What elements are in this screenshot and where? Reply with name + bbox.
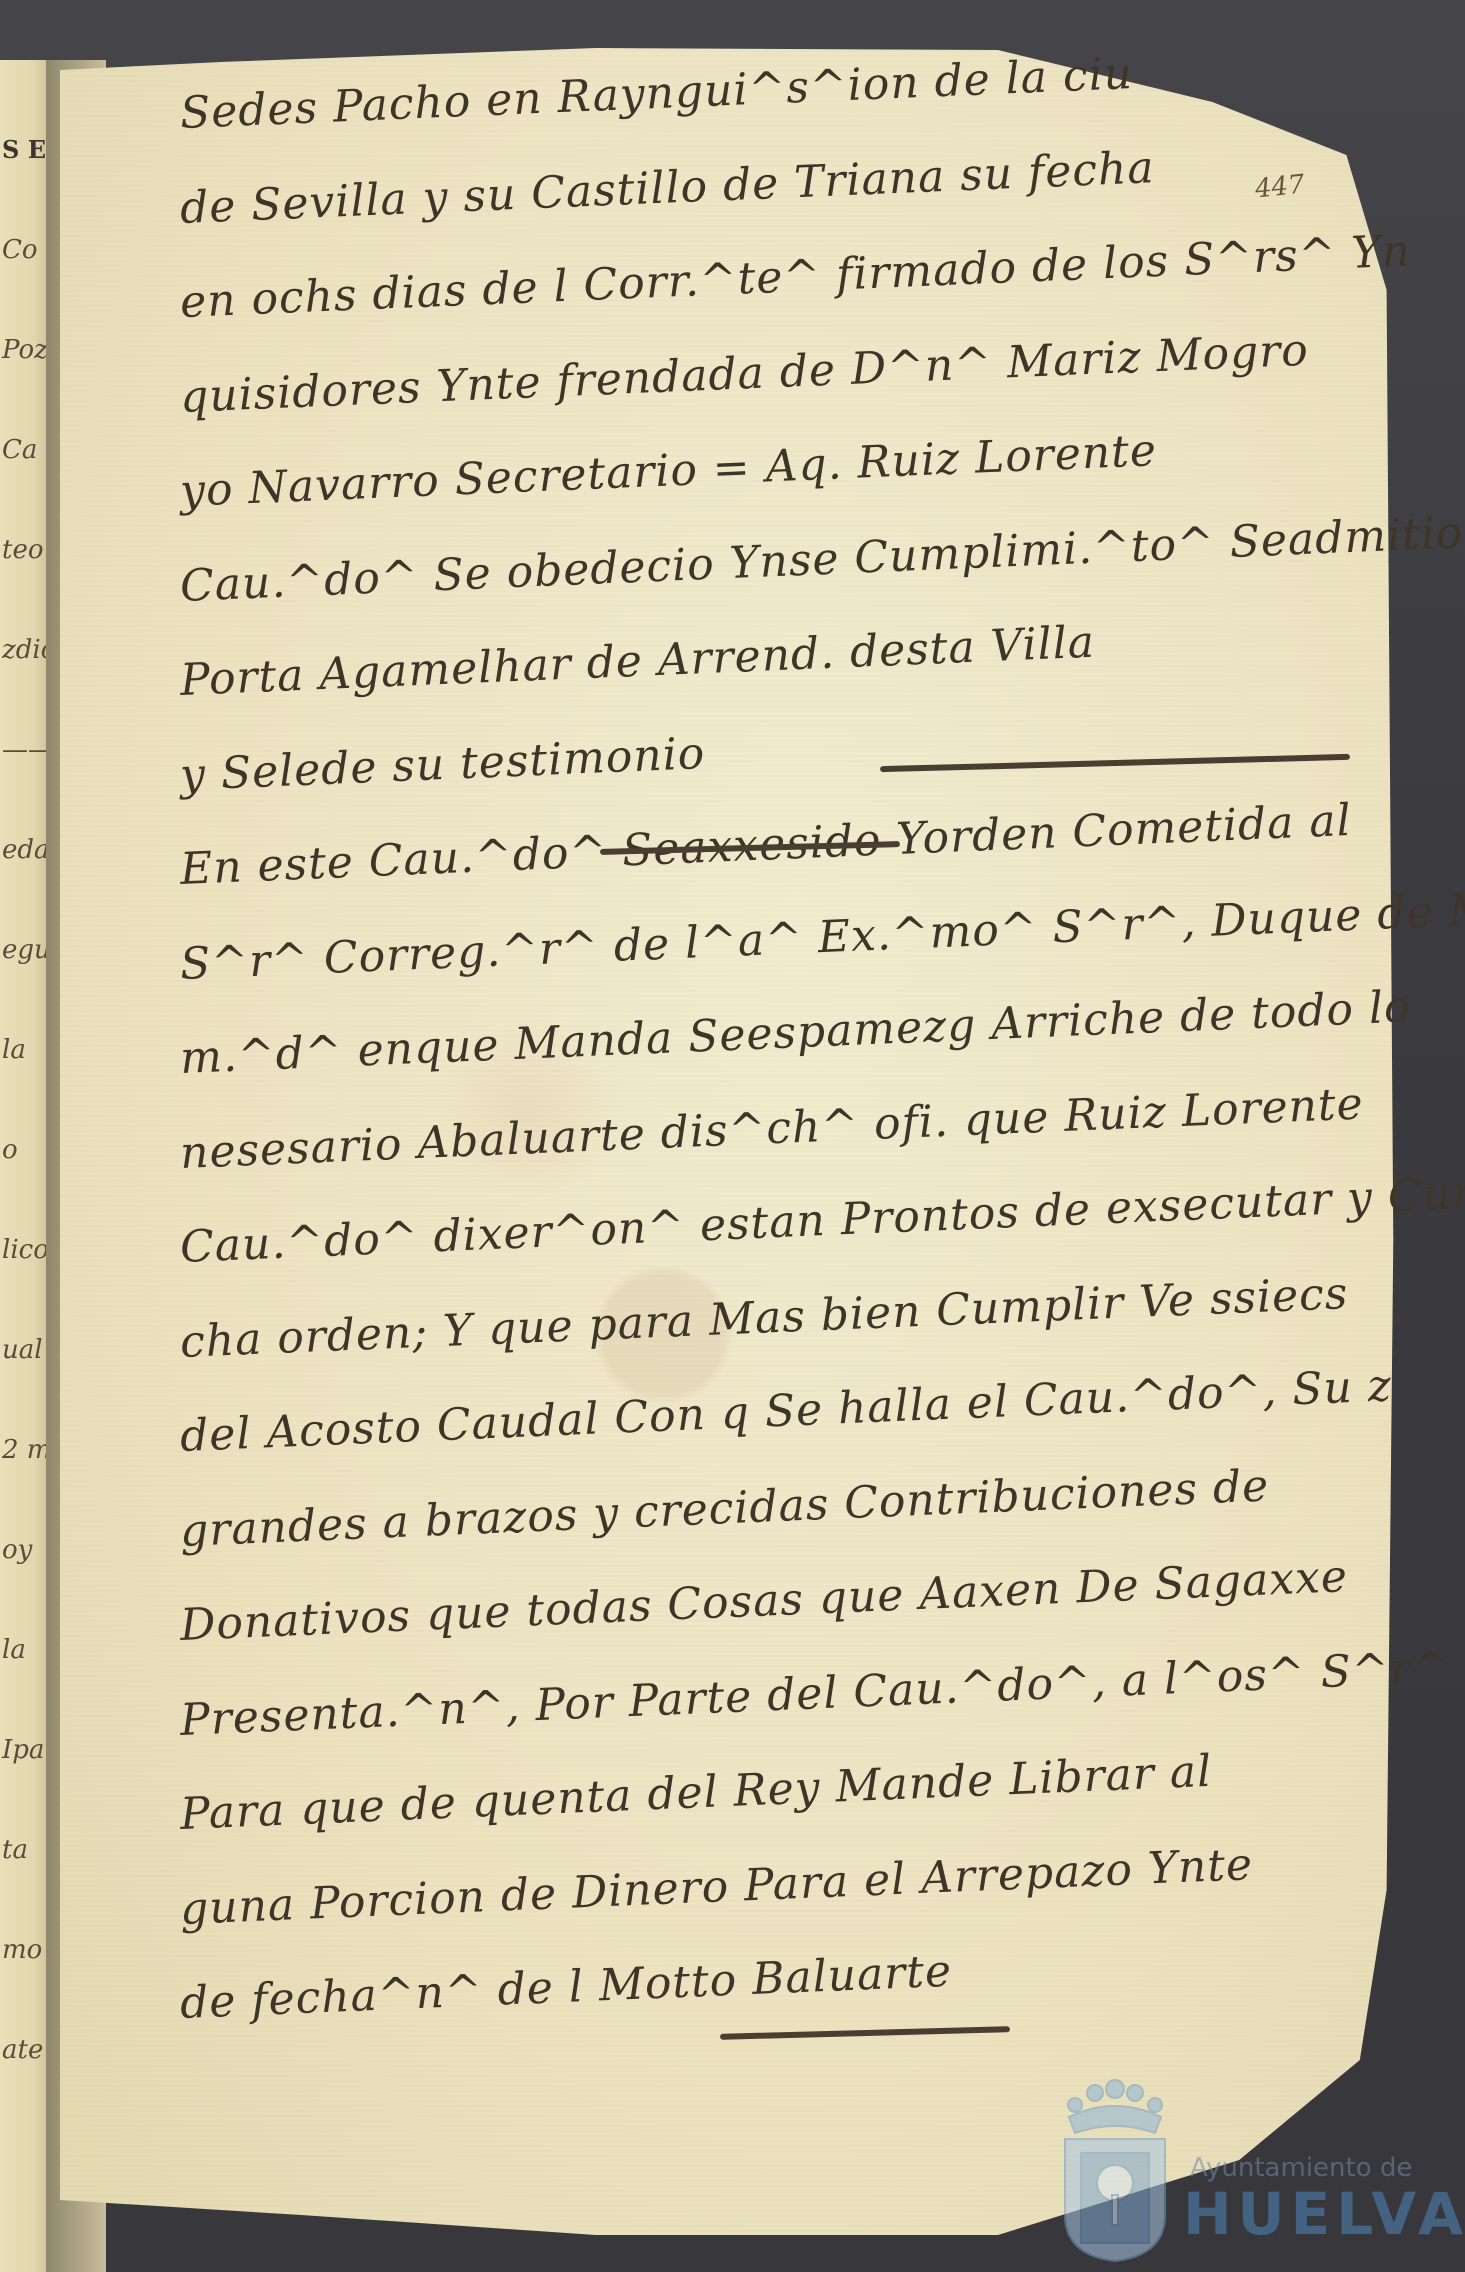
adjacent-page-fragment: la xyxy=(2,1635,26,1665)
adjacent-page-fragment: mo xyxy=(2,1935,42,1965)
adjacent-page-fragment: Ca xyxy=(2,435,37,465)
adjacent-page-fragment: o xyxy=(2,1135,18,1165)
city-coat-of-arms-icon xyxy=(1055,2075,1175,2265)
adjacent-page-fragment: Co xyxy=(2,235,38,265)
manuscript-line-text: de fecha^n^ de l Motto Baluarte xyxy=(179,1945,953,2028)
adjacent-page-fragment: Ipa xyxy=(2,1735,44,1765)
adjacent-page-fragment: ual xyxy=(2,1335,43,1365)
adjacent-page-fragment: Poz xyxy=(2,335,48,365)
adjacent-page-fragment: 2 m xyxy=(2,1435,51,1465)
adjacent-page-fragment: eda xyxy=(2,835,50,865)
huelva-watermark: Ayuntamiento de HUELVA xyxy=(1055,2075,1455,2265)
watermark-label-small: Ayuntamiento de xyxy=(1190,2153,1412,2183)
adjacent-page-fragment: la xyxy=(2,1035,26,1065)
manuscript-text-block: Sedes Pacho en Rayngui^s^ion de la ciude… xyxy=(180,62,1400,2047)
adjacent-page-fragment: oy xyxy=(2,1535,32,1565)
adjacent-page-fragment: teo xyxy=(2,535,44,565)
adjacent-page-strip: S E.CoPozCateozdio——edaegulaolicoual2 mo… xyxy=(0,60,48,2272)
adjacent-page-fragment: lico xyxy=(2,1235,49,1265)
adjacent-page-fragment: ate xyxy=(2,2035,43,2065)
watermark-label-city: HUELVA xyxy=(1183,2180,1465,2248)
manuscript-line-text: y Selede su testimonio xyxy=(179,727,706,800)
adjacent-page-fragment: egu xyxy=(2,935,51,965)
adjacent-page-fragment: ta xyxy=(2,1835,28,1865)
